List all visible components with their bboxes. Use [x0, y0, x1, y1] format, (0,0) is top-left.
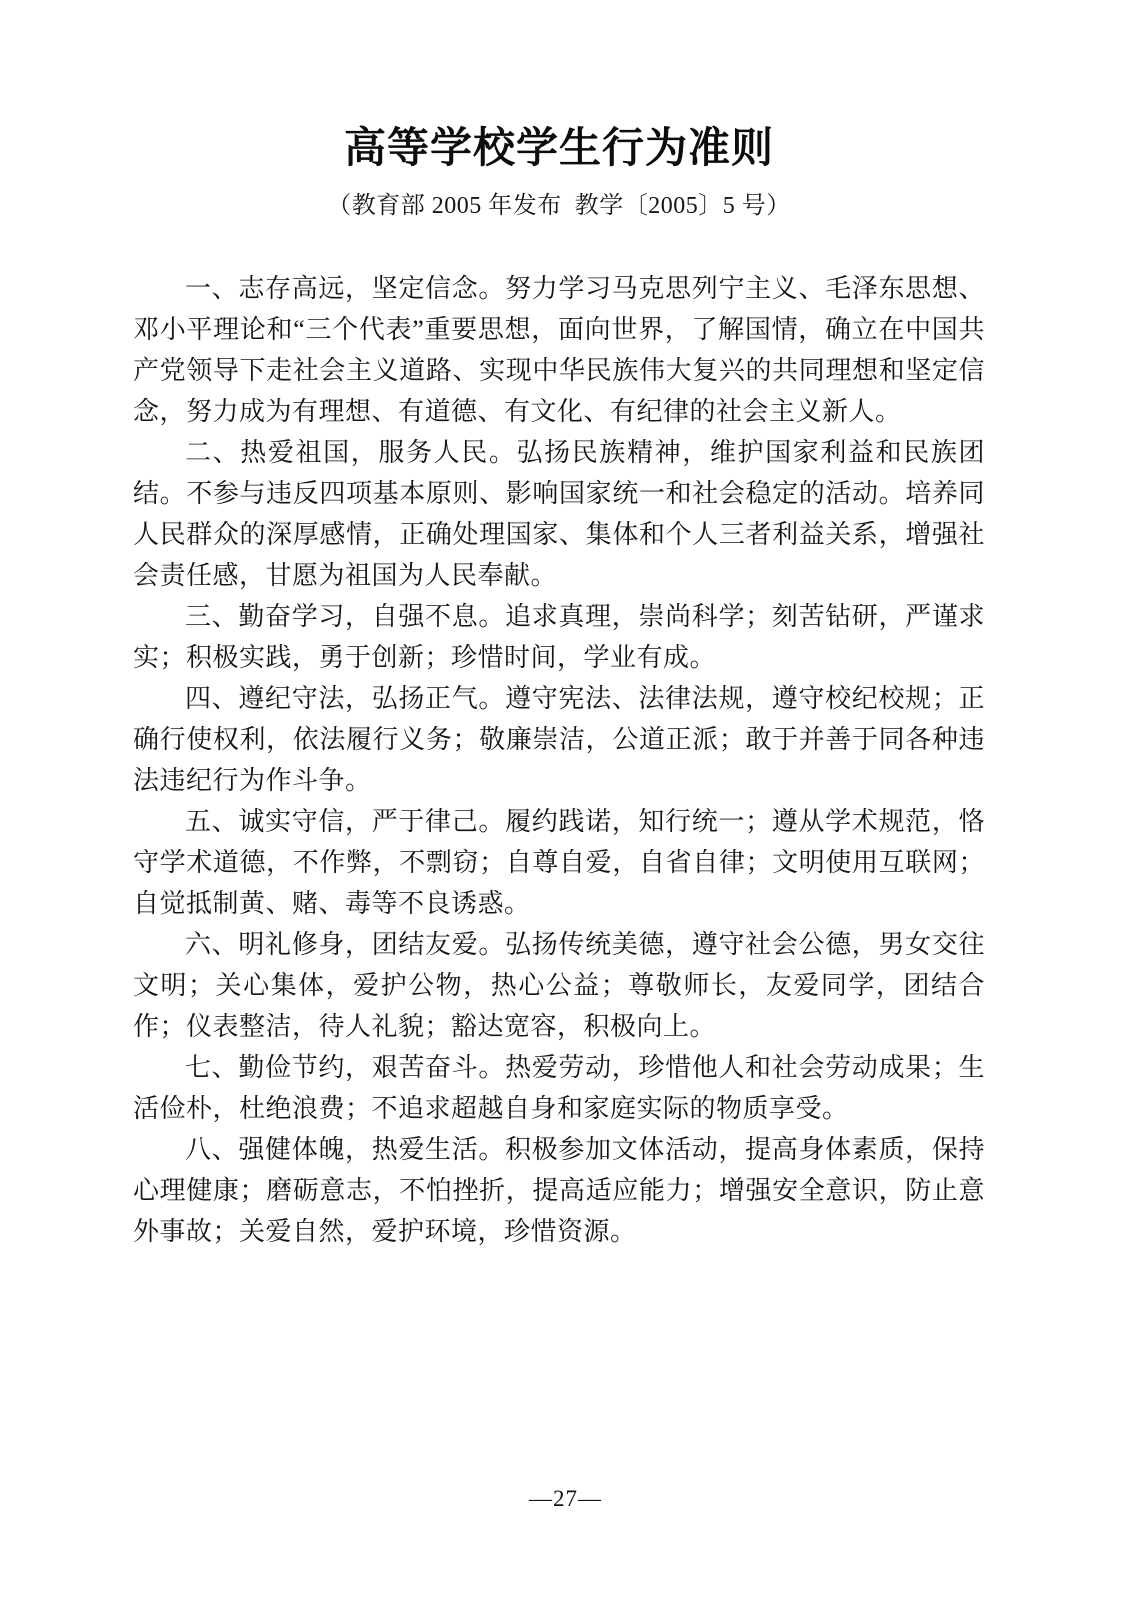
paragraph-4: 四、遵纪守法，弘扬正气。遵守宪法、法律法规，遵守校纪校规；正确行使权利，依法履行…: [133, 678, 985, 801]
paragraph-7: 七、勤俭节约，艰苦奋斗。热爱劳动，珍惜他人和社会劳动成果；生活俭朴，杜绝浪费；不…: [133, 1047, 985, 1129]
document-body: 一、志存高远，坚定信念。努力学习马克思列宁主义、毛泽东思想、邓小平理论和“三个代…: [133, 268, 985, 1252]
paragraph-6: 六、明礼修身，团结友爱。弘扬传统美德，遵守社会公德，男女交往文明；关心集体，爱护…: [133, 924, 985, 1047]
document-page: 高等学校学生行为准则 （教育部 2005 年发布 教学〔2005〕5 号） 一、…: [0, 0, 1131, 1600]
paragraph-5: 五、诚实守信，严于律己。履约践诺，知行统一；遵从学术规范，恪守学术道德，不作弊，…: [133, 801, 985, 924]
paragraph-2: 二、热爱祖国，服务人民。弘扬民族精神，维护国家利益和民族团结。不参与违反四项基本…: [133, 432, 985, 596]
document-title: 高等学校学生行为准则: [133, 0, 985, 177]
paragraph-8: 八、强健体魄，热爱生活。积极参加文体活动，提高身体素质，保持心理健康；磨砺意志，…: [133, 1129, 985, 1252]
page-number: —27—: [0, 1486, 1131, 1512]
paragraph-1: 一、志存高远，坚定信念。努力学习马克思列宁主义、毛泽东思想、邓小平理论和“三个代…: [133, 268, 985, 432]
document-content: 高等学校学生行为准则 （教育部 2005 年发布 教学〔2005〕5 号） 一、…: [133, 0, 985, 1252]
paragraph-3: 三、勤奋学习，自强不息。追求真理，崇尚科学；刻苦钻研，严谨求实；积极实践，勇于创…: [133, 596, 985, 678]
document-subtitle: （教育部 2005 年发布 教学〔2005〕5 号）: [133, 185, 985, 220]
